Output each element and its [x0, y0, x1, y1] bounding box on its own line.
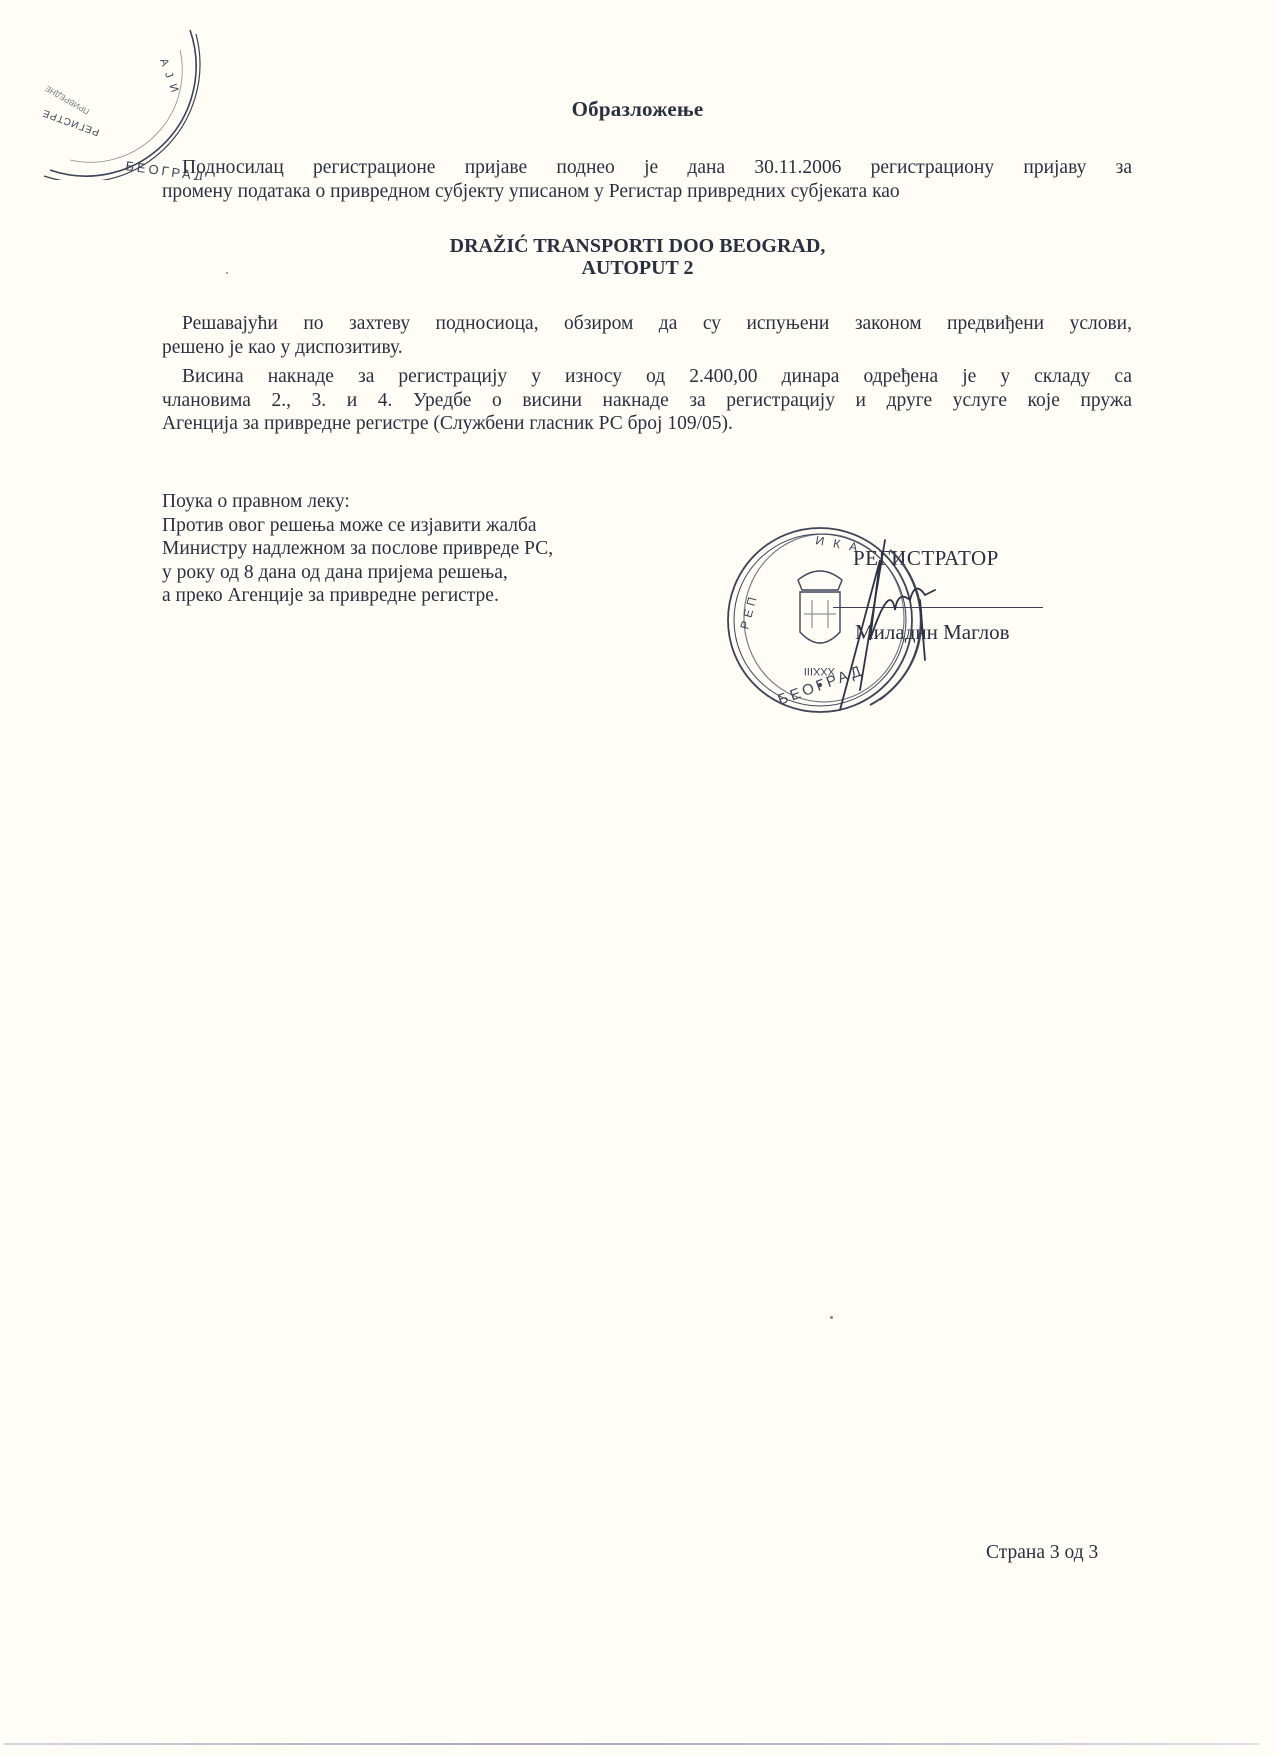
scan-speck: [830, 1316, 833, 1319]
paragraph-line: решено је као у диспозитиву.: [162, 336, 1132, 360]
entity-address: AUTOPUT 2: [0, 257, 1275, 279]
page-bottom-edge: [4, 1743, 1259, 1745]
legal-remedy-line: у року од 8 дана од дана пријема решења,: [162, 561, 553, 585]
legal-remedy-line: Против овог решења може се изјавити жалб…: [162, 514, 553, 538]
paragraph-application: Подносилац регистрационе пријаве поднео …: [162, 156, 1132, 203]
entity-name: DRAŽIĆ TRANSPORTI DOO BEOGRAD,: [0, 235, 1275, 257]
document-page: БЕОГРАД А Ј И РЕГИСТРЕ ПРИВРЕДНЕ Образло…: [0, 0, 1275, 1755]
paragraph-line: промену података о привредном субјекту у…: [162, 180, 1132, 204]
document-title: Образложење: [0, 97, 1275, 122]
business-entity: DRAŽIĆ TRANSPORTI DOO BEOGRAD, AUTOPUT 2: [0, 235, 1275, 279]
svg-text:И К А: И К А: [814, 533, 861, 555]
official-seal-icon: XXXIII БЕОГРАД РЕП И К А: [720, 520, 950, 720]
paragraph-line: члановима 2., 3. и 4. Уредбе о висини на…: [162, 389, 1132, 413]
legal-remedy-heading: Поука о правном леку:: [162, 490, 553, 514]
legal-remedy-line: Министру надлежном за послове привреде Р…: [162, 537, 553, 561]
page-number: Страна 3 од 3: [986, 1542, 1098, 1564]
svg-text:А Ј И: А Ј И: [157, 57, 181, 96]
paragraph-line: Решавајући по захтеву подносиоца, обзиро…: [162, 312, 1132, 336]
svg-text:РЕП: РЕП: [737, 592, 760, 631]
paragraph-fee: Висина накнаде за регистрацију у износу …: [162, 365, 1132, 436]
legal-remedy-line: а преко Агенције за привредне регистре.: [162, 584, 553, 608]
scan-speck: [226, 272, 228, 274]
paragraph-decision: Решавајући по захтеву подносиоца, обзиро…: [162, 312, 1132, 359]
legal-remedy-notice: Поука о правном леку: Против овог решења…: [162, 490, 553, 608]
paragraph-line: Подносилац регистрационе пријаве поднео …: [162, 156, 1132, 180]
paragraph-line: Агенција за привредне регистре (Службени…: [162, 412, 1132, 436]
paragraph-line: Висина накнаде за регистрацију у износу …: [162, 365, 1132, 389]
